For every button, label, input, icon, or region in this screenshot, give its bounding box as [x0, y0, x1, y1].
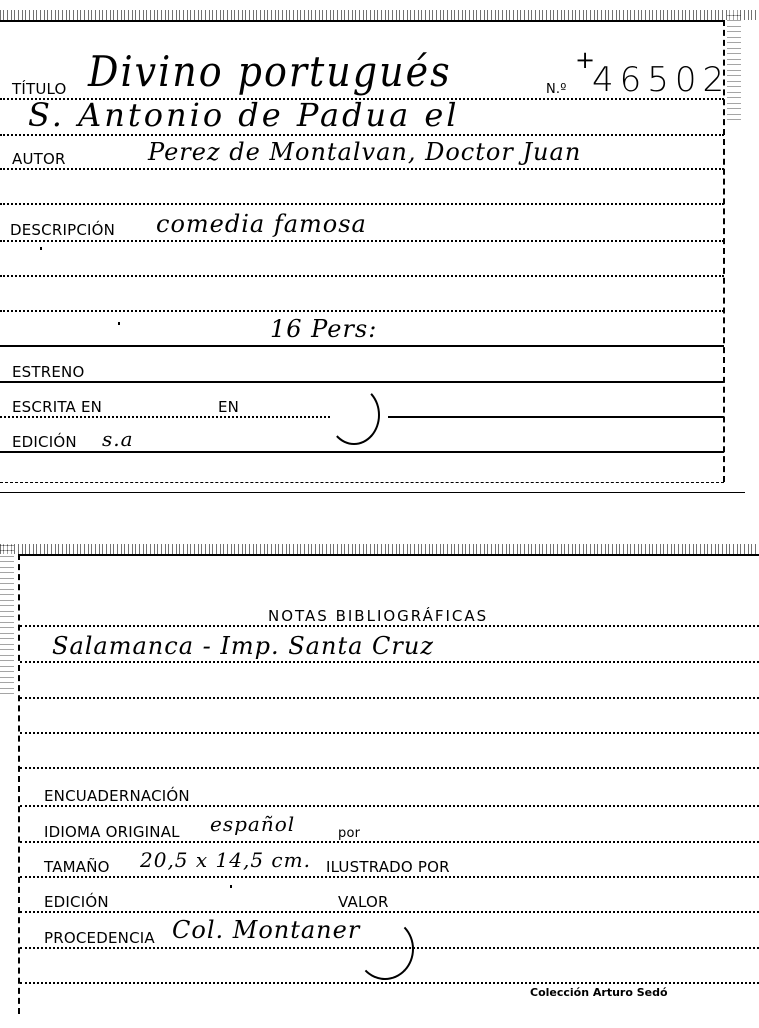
speck	[118, 322, 120, 325]
titulo-value-line2: S. Antonio de Padua el	[28, 96, 460, 134]
numero-label: N.º	[546, 82, 567, 97]
stamp-mark	[328, 385, 380, 445]
rule-blank-2	[0, 275, 724, 277]
scan-edge-left	[0, 544, 14, 694]
por-label: por	[338, 826, 360, 841]
descripcion-extra: 16 Pers:	[270, 315, 377, 343]
catalog-card-front: TÍTULO Divino portugués N.º + 46502 S. A…	[0, 0, 759, 500]
scan-edge-top	[0, 544, 759, 554]
rule-autor	[0, 168, 724, 170]
encuadernacion-label: ENCUADERNACIÓN	[44, 787, 190, 805]
scan-edge-top	[0, 10, 759, 20]
rule-bottom	[20, 982, 759, 984]
collection-credit: Colección Arturo Sedó	[530, 986, 668, 999]
rule-estreno	[0, 381, 724, 383]
valor-label: VALOR	[338, 893, 389, 911]
idioma-label: IDIOMA ORIGINAL	[44, 823, 180, 841]
procedencia-value: Col. Montaner	[172, 916, 360, 944]
en-label: EN	[218, 398, 239, 416]
tamano-value: 20,5 x 14,5 cm.	[140, 848, 311, 872]
numero-value: 46502	[592, 60, 730, 100]
autor-value: Perez de Montalvan, Doctor Juan	[148, 138, 581, 166]
rule-encuadernacion	[20, 805, 759, 807]
catalog-card-back: NOTAS BIBLIOGRÁFICAS Salamanca - Imp. Sa…	[0, 540, 759, 1028]
rule-notas-5	[20, 767, 759, 769]
card-border-top	[0, 20, 725, 22]
descripcion-value: comedia famosa	[156, 210, 367, 238]
procedencia-label: PROCEDENCIA	[44, 929, 155, 947]
edicion-value: s.a	[102, 427, 134, 451]
ilustrado-label: ILUSTRADO POR	[326, 858, 450, 876]
notas-line-1: Salamanca - Imp. Santa Cruz	[52, 632, 434, 660]
rule-escrita-en	[0, 416, 330, 418]
rule-en	[388, 416, 724, 418]
idioma-value: español	[210, 812, 295, 836]
edicion-label: EDICIÓN	[12, 433, 77, 451]
estreno-label: ESTRENO	[12, 363, 85, 381]
titulo-value: Divino portugués	[88, 48, 452, 96]
card-separator	[0, 492, 745, 493]
rule-descripcion	[0, 240, 724, 242]
card-border-top	[18, 554, 759, 556]
descripcion-label: DESCRIPCIÓN	[10, 221, 115, 239]
speck	[230, 885, 232, 888]
rule-idioma	[20, 841, 759, 843]
stamp-mark	[356, 918, 414, 980]
notas-heading: NOTAS BIBLIOGRÁFICAS	[268, 607, 488, 625]
rule-notas-3	[20, 697, 759, 699]
autor-label: AUTOR	[12, 150, 66, 168]
rule-notas-1	[20, 625, 759, 627]
rule-tamano	[20, 876, 759, 878]
rule-notas-4	[20, 732, 759, 734]
speck	[40, 247, 42, 250]
rule-blank-3	[0, 310, 724, 312]
card-border-left	[18, 554, 20, 1014]
rule-titulo-2	[0, 134, 724, 136]
escrita-en-label: ESCRITA EN	[12, 398, 102, 416]
rule-edicion-valor	[20, 911, 759, 913]
rule-edicion	[0, 451, 724, 453]
rule-notas-2	[20, 661, 759, 663]
edicion-back-label: EDICIÓN	[44, 893, 109, 911]
card-border-bottom	[0, 482, 724, 483]
tamano-label: TAMAÑO	[44, 858, 110, 876]
rule-blank-1	[0, 203, 724, 205]
rule-blank-4	[0, 345, 724, 347]
